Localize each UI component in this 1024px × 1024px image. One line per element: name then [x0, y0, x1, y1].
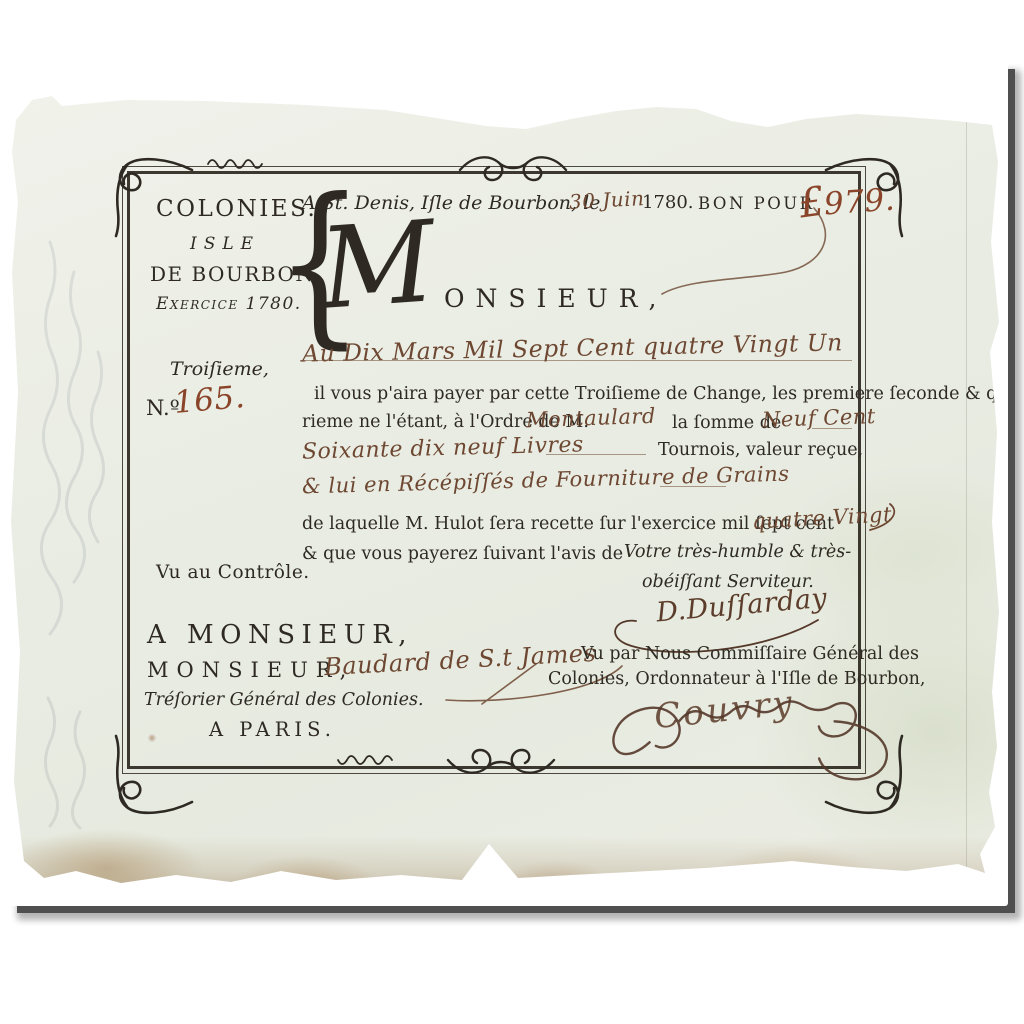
salutation-rest: ONSIEUR, — [444, 284, 667, 313]
ink-rule-line3 — [546, 454, 646, 455]
ink-rule-line2 — [812, 428, 852, 429]
closing-line-1: Votre très-humble & très- — [624, 542, 851, 562]
frame-top-center-ornament — [458, 148, 568, 190]
ink-rule-dateline — [300, 360, 852, 361]
body-line-2-hand-name: Montaulard — [526, 404, 657, 433]
bleedthrough-ink — [22, 232, 122, 672]
dateline-place: A St. Denis, Iſle de Bourbon, le — [302, 192, 600, 214]
paper-document: COLONIES. ISLE DE BOURBON. Exercice 1780… — [6, 92, 1006, 892]
ink-rule-line4 — [660, 486, 726, 487]
amount-flourish — [646, 202, 856, 302]
scanned-sheet: COLONIES. ISLE DE BOURBON. Exercice 1780… — [4, 56, 1008, 906]
body-line-3-print: Tournois, valeur reçue, — [658, 440, 863, 460]
imprint-isle: ISLE — [190, 234, 260, 254]
frame-bottom-squiggle — [336, 754, 396, 768]
dateline-date-hand: 30 Juin — [568, 186, 645, 214]
paper-crease — [966, 112, 967, 872]
bleedthrough-ink-lower — [28, 692, 118, 832]
copy-label: Troiſieme, — [170, 358, 269, 380]
address-city: A PARIS. — [209, 718, 336, 741]
ordonnateur-signature-flourish — [600, 673, 938, 816]
controle-note: Vu au Contrôle. — [156, 562, 310, 583]
address-title: Tréſorier Général des Colonies. — [144, 690, 424, 710]
visa-line-1: Vu par Nous Commiſſaire Général des — [581, 644, 919, 664]
copy-number-hand: 165. — [173, 379, 247, 421]
body-line-1: il vous p'aira payer par cette Troiſieme… — [314, 384, 1024, 404]
frame-corner-ornament-bottom-left — [110, 734, 194, 818]
frame-top-squiggle — [206, 156, 266, 170]
quatre-vingt-swash — [866, 500, 902, 534]
body-line-6-print: & que vous payerez ſuivant l'avis de — [302, 544, 623, 564]
address-a-monsieur: A MONSIEUR, — [147, 620, 413, 650]
salutation-initial: M — [316, 206, 438, 326]
frame-bottom-center-ornament — [446, 740, 556, 782]
